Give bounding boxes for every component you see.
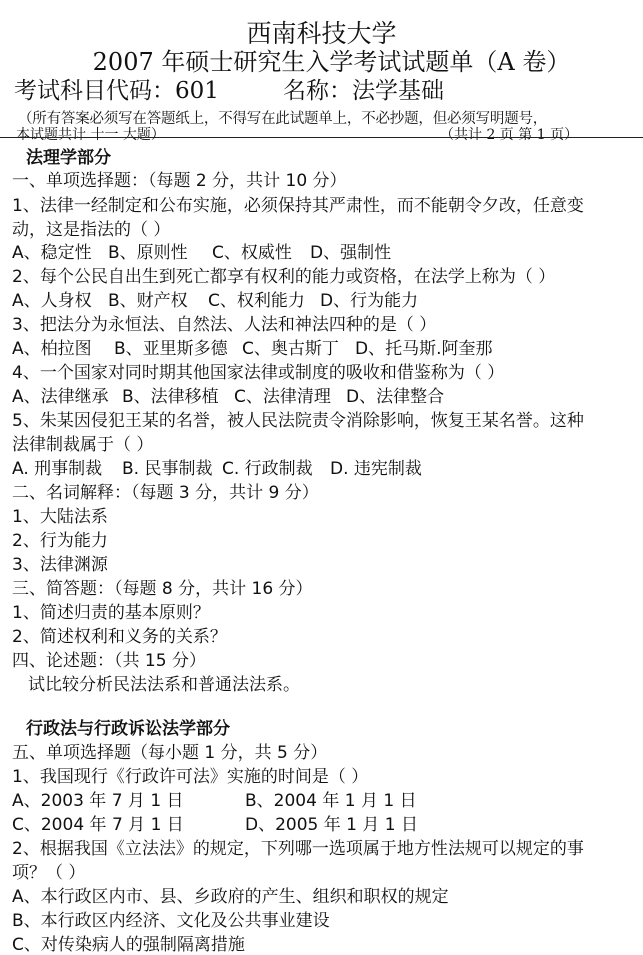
option-a: A. 刑事制裁 <box>12 454 102 479</box>
subject-name: 名称：法学基础 <box>283 72 444 105</box>
essay-question: 试比较分析民法法系和普通法法系。 <box>28 670 300 695</box>
option-d: D、行为能力 <box>320 286 418 311</box>
question-text: 2、每个公民自出生到死亡都享有权利的能力或资格，在法学上称为（ ） <box>12 262 555 287</box>
section-heading: 三、简答题：（每题 8 分，共计 16 分） <box>12 574 313 599</box>
question-text: 动，这是指法的（ ） <box>12 215 170 240</box>
option-c: C、对传染病人的强制隔离措施 <box>12 930 245 955</box>
option-a: A、法律继承 <box>12 382 109 407</box>
option-b: B、法律移植 <box>122 382 219 407</box>
section-heading: 二、名词解释：（每题 3 分，共计 9 分） <box>12 478 319 503</box>
option-d: D、2005 年 1 月 1 日 <box>245 810 418 835</box>
question-text: 1、我国现行《行政许可法》实施的时间是（ ） <box>12 762 368 787</box>
subject-code: 考试科目代码：601 <box>14 72 219 105</box>
option-a: A、柏拉图 <box>12 334 92 359</box>
option-b: B. 民事制裁 <box>122 454 212 479</box>
page-info: （共计 2 页 第 1 页） <box>440 124 578 144</box>
section-heading: 五、单项选择题（每小题 1 分，共 5 分） <box>12 738 327 763</box>
term-item: 3、法律渊源 <box>12 550 108 575</box>
option-d: D、托马斯.阿奎那 <box>355 334 493 359</box>
question-text: 1、法律一经制定和公布实施，必须保持其严肃性，而不能朝令夕改，任意变 <box>12 191 584 216</box>
option-c: C. 行政制裁 <box>222 454 313 479</box>
short-answer-item: 2、简述权利和义务的关系？ <box>12 622 227 647</box>
section-heading: 一、单项选择题：（每题 2 分，共计 10 分） <box>12 166 347 191</box>
option-d: D、法律整合 <box>346 382 444 407</box>
option-a: A、人身权 <box>12 286 92 311</box>
section-heading: 四、论述题：（共 15 分） <box>12 646 206 671</box>
option-a: A、稳定性 <box>12 238 92 263</box>
option-c: C、法律清理 <box>234 382 331 407</box>
option-c: C、权威性 <box>212 238 292 263</box>
question-text: 项？（ ） <box>12 858 85 883</box>
option-d: D. 违宪制裁 <box>330 454 422 479</box>
total-questions: 本试题共计 十一 大题） <box>16 124 165 144</box>
option-b: B、本行政区内经济、文化及公共事业建设 <box>12 906 330 931</box>
option-b: B、财产权 <box>108 286 188 311</box>
question-text: 3、把法分为永恒法、自然法、人法和神法四种的是（ ） <box>12 310 436 335</box>
option-c: C、2004 年 7 月 1 日 <box>12 810 184 835</box>
option-c: C、奥古斯丁 <box>242 334 339 359</box>
term-item: 1、大陆法系 <box>12 502 108 527</box>
option-b: B、2004 年 1 月 1 日 <box>245 786 417 811</box>
question-text: 法律制裁属于（ ） <box>12 430 153 455</box>
question-text: 5、朱某因侵犯王某的名誉，被人民法院责令消除影响，恢复王某名誉。这种 <box>12 406 584 431</box>
question-text: 2、根据我国《立法法》的规定，下列哪一选项属于地方性法规可以规定的事 <box>12 834 584 859</box>
question-text: 4、一个国家对同时期其他国家法律或制度的吸收和借鉴称为（ ） <box>12 358 504 383</box>
option-c: C、权利能力 <box>208 286 305 311</box>
term-item: 2、行为能力 <box>12 526 108 551</box>
short-answer-item: 1、简述归责的基本原则？ <box>12 598 210 623</box>
option-a: A、本行政区内市、县、乡政府的产生、组织和职权的规定 <box>12 882 449 907</box>
part-title-jurisprudence: 法理学部分 <box>26 143 111 168</box>
option-a: A、2003 年 7 月 1 日 <box>12 786 184 811</box>
option-b: B、亚里斯多德 <box>114 334 228 359</box>
option-b: B、原则性 <box>108 238 188 263</box>
header-divider <box>0 137 643 138</box>
option-d: D、强制性 <box>310 238 391 263</box>
part-title-administrative-law: 行政法与行政诉讼法学部分 <box>26 714 230 739</box>
